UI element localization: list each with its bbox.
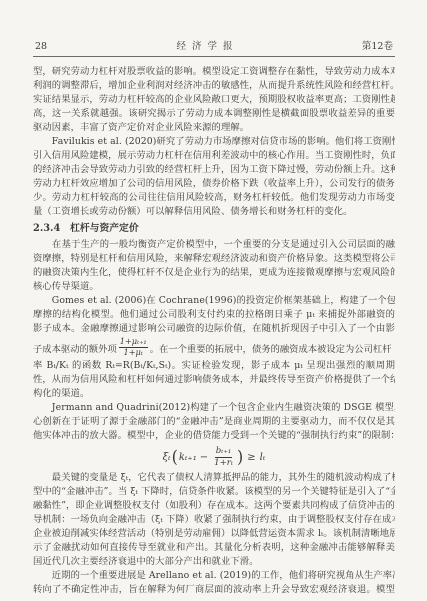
text-line: 融黏性”，即企业调整股权支付（如股利）存在成本。这两个要素共同构成了信贷冲击的传	[33, 499, 395, 513]
page-number: 28	[35, 41, 47, 52]
formula-right-paren: )	[237, 449, 243, 466]
text-line: 利润的调整滞后，增加企业利润对经济冲击的敏感性，从而提升系统性风险和经营杠杆。	[33, 79, 395, 93]
paragraph-financial-shock-mechanism: 最关键的变量是 ξₜ，它代表了债权人清算抵押品的能力，其外生的随机波动构成了模型…	[33, 471, 395, 569]
text-line: 的融资决策内生化，使得杠杆不仅是企业行为的结果，更成为连接微观摩擦与宏观风险的	[33, 266, 395, 280]
fraction-denominator: 1+μₜ	[122, 348, 143, 358]
text-line: 劳动力杠杆效应增加了公司的信用风险，债券价格下跌（收益率上升），公司发行的债务减	[33, 177, 395, 191]
text-line: 少。劳动力杠杆较高的公司往往信用风险较高，财务杠杆较低。他们发现劳动力市场变	[33, 191, 395, 205]
formula-minus-sign: −	[200, 452, 208, 463]
text-line: 型中的“金融冲击”。当 ξₜ 下降时，信贷条件收紧。该模型的另一个关键特征是引入…	[33, 485, 395, 499]
text-line: 的经济冲击会导致劳动力引致的经营杠杆上升，因为工资下降过慢，劳动份额上升。这种	[33, 163, 395, 177]
formula-liquidity-term: lₜ	[260, 452, 266, 463]
paragraph-gomes-part1: Gomes et al. (2006)在 Cochrane(1996)的投资定价…	[33, 294, 395, 336]
journal-title: 经济学报	[170, 38, 238, 52]
text-line: 最关键的变量是 ξₜ，它代表了债权人清算抵押品的能力，其外生的随机波动构成了模	[33, 471, 395, 485]
text-line: 率 Bₜ/Kₜ 的函数 Rₜ=R(Bₜ/Kₜ,Sₜ)。实证检验发现，影子成本 μ…	[33, 359, 395, 373]
text-line: 性，从而为信用风险和杠杆如何通过影响债务成本，并最终传导至资产价格提供了一个结	[33, 373, 395, 387]
paragraph-jermann-quadrini: Jermann and Quadrini(2012)构建了一个包含企业内生融资决…	[33, 401, 395, 443]
paragraph-labor-leverage: 型，研究劳动力杠杆对股票收益的影响。模型设定工资调整存在黏性，导致劳动力成本对利…	[33, 65, 395, 135]
text-line: 企业被迫削减实体经营活动（特别是劳动雇佣）以降低营运资本需求 lₜ。该机制清晰地…	[33, 527, 395, 541]
text-line: 在基于生产的一般均衡资产定价模型中，一个重要的分支是通过引入公司层面的融	[33, 238, 395, 252]
text-line: 影子成本。金融摩擦通过影响公司融资的边际价值，在随机折现因子中引入了一个由影	[33, 322, 395, 336]
text-line: Gomes et al. (2006)在 Cochrane(1996)的投资定价…	[33, 294, 395, 308]
text-line: 导机制：一场负向金融冲击（ξₜ 下降）收紧了强制执行约束，由于调整股权支付存在成…	[33, 513, 395, 527]
fraction-line-after-text: 。在一个重要的拓展中，债务的融资成本被设定为公司杠杆	[150, 341, 392, 355]
gomes-inline-fraction-line: 子成本驱动的额外项 1+μₜ₊₁ 1+μₜ 。在一个重要的拓展中，债务的融资成本…	[33, 336, 395, 359]
text-line: 引入信用风险建模，展示劳动力杠杆在信用利差波动中的核心作用。当工资刚性时，负面	[33, 149, 395, 163]
formula-capital-term: kₜ₊₁	[179, 452, 197, 463]
formula-geq-sign: ≥	[247, 452, 255, 463]
text-line: 量（工资增长或劳动份额）可以解释信用风险、债务增长和财务杠杆的变化。	[33, 205, 395, 219]
text-line: 实证结果显示，劳动力杠杆较高的企业风险敞口更大，预期股权收益率更高；工资刚性越	[33, 93, 395, 107]
text-line: 核心传导渠道。	[33, 280, 395, 294]
page-body: 型，研究劳动力杠杆对股票收益的影响。模型设定工资调整存在黏性，导致劳动力成本对利…	[33, 65, 395, 597]
shadow-cost-fraction: 1+μₜ₊₁ 1+μₜ	[119, 337, 148, 358]
text-line: 高，这一关系就越强。该研究揭示了劳动力成本调整刚性是横截面股票收益差异的重要	[33, 107, 395, 121]
volume-label: 第12卷	[362, 38, 393, 52]
paragraph-favilukis: Favilukis et al. (2020)研究了劳动力市场摩擦对信贷市场的影…	[33, 135, 395, 219]
enforcement-constraint-formula: ξₜ ( kₜ₊₁ − bₜ₊₁ 1+rₜ ) ≥ lₜ	[33, 444, 395, 470]
header-rule	[33, 56, 395, 57]
text-line: 他实体冲击的放大器。模型中，企业的借贷能力受到一个关键的“强制执行约束”的限制：	[33, 429, 395, 443]
text-line: 驱动因素，丰富了资产定价对企业风险来源的理解。	[33, 121, 395, 135]
formula-debt-fraction: bₜ₊₁ 1+rₜ	[213, 446, 234, 468]
formula-fraction-denominator: 1+rₜ	[213, 458, 234, 468]
journal-page: 28 经济学报 第12卷 型，研究劳动力杠杆对股票收益的影响。模型设定工资调整存…	[0, 0, 427, 601]
text-line: 资摩擦，特别是杠杆和信用风险，来解释宏观经济波动和资产价格异象。这类模型将公司	[33, 252, 395, 266]
text-line: 摩擦的结构化模型。他们通过公司股利支付约束的拉格朗日乘子 μₜ 来捕捉外部融资的	[33, 308, 395, 322]
text-line: 示了金融扰动如何直接传导至就业和产出。其量化分析表明，这种金融冲击能够解释美	[33, 541, 395, 555]
formula-xi-term: ξₜ	[163, 452, 171, 463]
text-line: 心创新在于证明了源于金融部门的“金融冲击”是商业周期的主要驱动力，而不仅仅是其	[33, 415, 395, 429]
page-header: 28 经济学报 第12卷	[33, 38, 395, 56]
text-line: Jermann and Quadrini(2012)构建了一个包含企业内生融资决…	[33, 401, 395, 415]
formula-fraction-numerator: bₜ₊₁	[215, 446, 233, 457]
text-line: 构化的渠道。	[33, 387, 395, 401]
text-line: 国近代几次主要经济衰退中的大部分产出和就业下滑。	[33, 555, 395, 569]
text-line: 近期的一个重要进展是 Arellano et al. (2019)的工作，他们将…	[33, 569, 395, 583]
paragraph-arellano: 近期的一个重要进展是 Arellano et al. (2019)的工作，他们将…	[33, 569, 395, 597]
text-line: 型，研究劳动力杠杆对股票收益的影响。模型设定工资调整存在黏性，导致劳动力成本对	[33, 65, 395, 79]
paragraph-gomes-part2: 率 Bₜ/Kₜ 的函数 Rₜ=R(Bₜ/Kₜ,Sₜ)。实证检验发现，影子成本 μ…	[33, 359, 395, 401]
fraction-line-before-text: 子成本驱动的额外项	[33, 341, 117, 355]
formula-left-paren: (	[172, 449, 178, 466]
paragraph-production-models: 在基于生产的一般均衡资产定价模型中，一个重要的分支是通过引入公司层面的融资摩擦，…	[33, 238, 395, 294]
text-line: 转向了不确定性冲击，旨在解释为何厂商层面的波动率上升会导致宏观经济衰退。模型	[33, 583, 395, 597]
section-heading-2-3-4: 2.3.4 杠杆与资产定价	[33, 219, 395, 238]
text-line: Favilukis et al. (2020)研究了劳动力市场摩擦对信贷市场的影…	[33, 135, 395, 149]
